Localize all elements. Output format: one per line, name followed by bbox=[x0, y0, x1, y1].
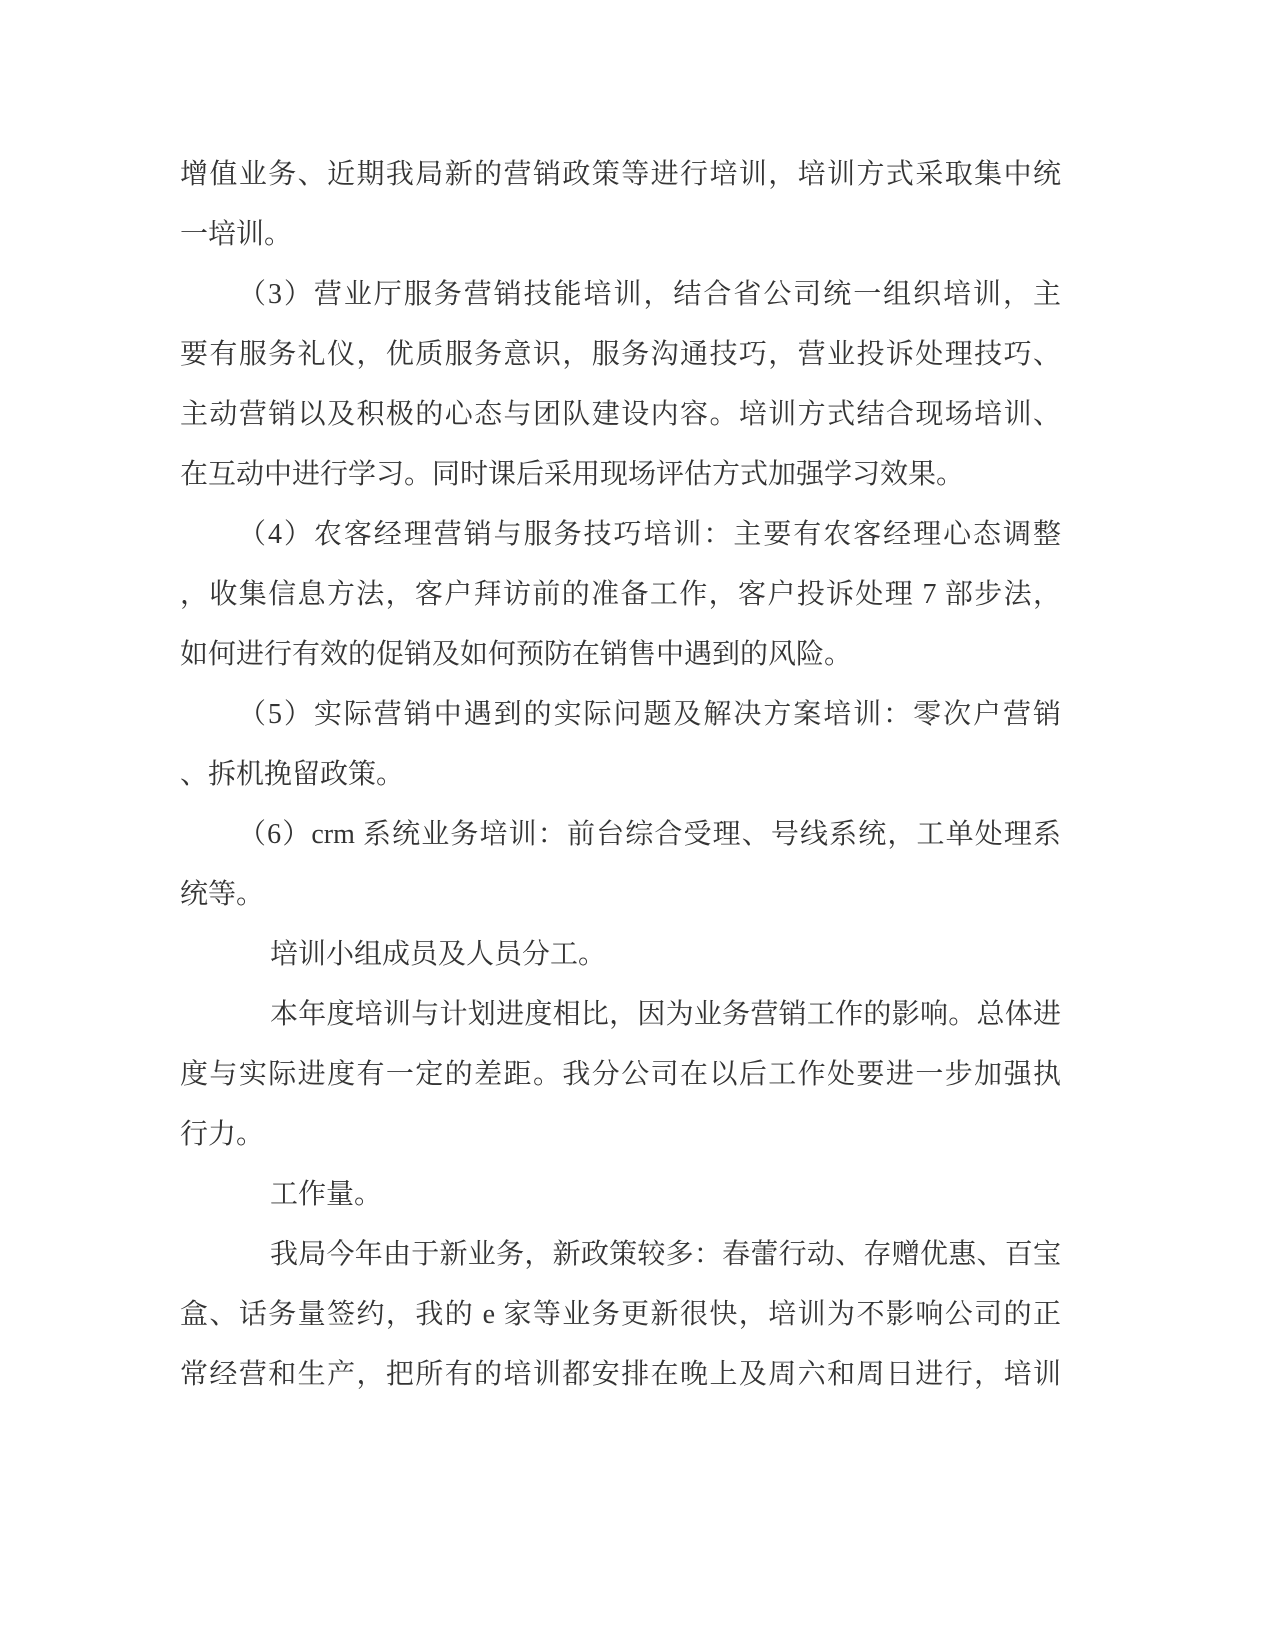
text-line: 行力。 bbox=[180, 1105, 1061, 1165]
paragraph: 培训小组成员及人员分工。 bbox=[180, 925, 1061, 985]
text-line: （4）农客经理营销与服务技巧培训：主要有农客经理心态调整 bbox=[180, 505, 1061, 565]
text-line: 一培训。 bbox=[180, 205, 1061, 265]
text-line: 、拆机挽留政策。 bbox=[180, 745, 1061, 805]
text-line: 要有服务礼仪，优质服务意识，服务沟通技巧，营业投诉处理技巧、 bbox=[180, 325, 1061, 385]
text-line: 在互动中进行学习。同时课后采用现场评估方式加强学习效果。 bbox=[180, 445, 1061, 505]
text-line: （6）crm 系统业务培训：前台综合受理、号线系统，工单处理系 bbox=[180, 805, 1061, 865]
text-line: 培训小组成员及人员分工。 bbox=[180, 925, 1061, 985]
text-line: 主动营销以及积极的心态与团队建设内容。培训方式结合现场培训、 bbox=[180, 385, 1061, 445]
text-line: 盒、话务量签约，我的 e 家等业务更新很快，培训为不影响公司的正 bbox=[180, 1285, 1061, 1345]
text-line: 统等。 bbox=[180, 865, 1061, 925]
paragraph: （6）crm 系统业务培训：前台综合受理、号线系统，工单处理系统等。 bbox=[180, 805, 1061, 925]
paragraph: 我局今年由于新业务，新政策较多：春蕾行动、存赠优惠、百宝盒、话务量签约，我的 e… bbox=[180, 1225, 1061, 1405]
text-line: （5）实际营销中遇到的实际问题及解决方案培训：零次户营销 bbox=[180, 685, 1061, 745]
text-line: ，收集信息方法，客户拜访前的准备工作，客户投诉处理 7 部步法， bbox=[180, 565, 1061, 625]
paragraph: 增值业务、近期我局新的营销政策等进行培训，培训方式采取集中统一培训。 bbox=[180, 145, 1061, 265]
text-line: （3）营业厅服务营销技能培训，结合省公司统一组织培训，主 bbox=[180, 265, 1061, 325]
text-line: 我局今年由于新业务，新政策较多：春蕾行动、存赠优惠、百宝 bbox=[180, 1225, 1061, 1285]
text-line: 增值业务、近期我局新的营销政策等进行培训，培训方式采取集中统 bbox=[180, 145, 1061, 205]
paragraph: 本年度培训与计划进度相比，因为业务营销工作的影响。总体进度与实际进度有一定的差距… bbox=[180, 985, 1061, 1165]
paragraph: （5）实际营销中遇到的实际问题及解决方案培训：零次户营销、拆机挽留政策。 bbox=[180, 685, 1061, 805]
paragraph: （3）营业厅服务营销技能培训，结合省公司统一组织培训，主要有服务礼仪，优质服务意… bbox=[180, 265, 1061, 505]
text-line: 如何进行有效的促销及如何预防在销售中遇到的风险。 bbox=[180, 625, 1061, 685]
document-body-text: 增值业务、近期我局新的营销政策等进行培训，培训方式采取集中统一培训。（3）营业厅… bbox=[180, 145, 1061, 1405]
text-line: 本年度培训与计划进度相比，因为业务营销工作的影响。总体进 bbox=[180, 985, 1061, 1045]
text-line: 常经营和生产，把所有的培训都安排在晚上及周六和周日进行，培训 bbox=[180, 1345, 1061, 1405]
document-page: 增值业务、近期我局新的营销政策等进行培训，培训方式采取集中统一培训。（3）营业厅… bbox=[0, 0, 1275, 1650]
paragraph: 工作量。 bbox=[180, 1165, 1061, 1225]
text-line: 工作量。 bbox=[180, 1165, 1061, 1225]
text-line: 度与实际进度有一定的差距。我分公司在以后工作处要进一步加强执 bbox=[180, 1045, 1061, 1105]
paragraph: （4）农客经理营销与服务技巧培训：主要有农客经理心态调整，收集信息方法，客户拜访… bbox=[180, 505, 1061, 685]
